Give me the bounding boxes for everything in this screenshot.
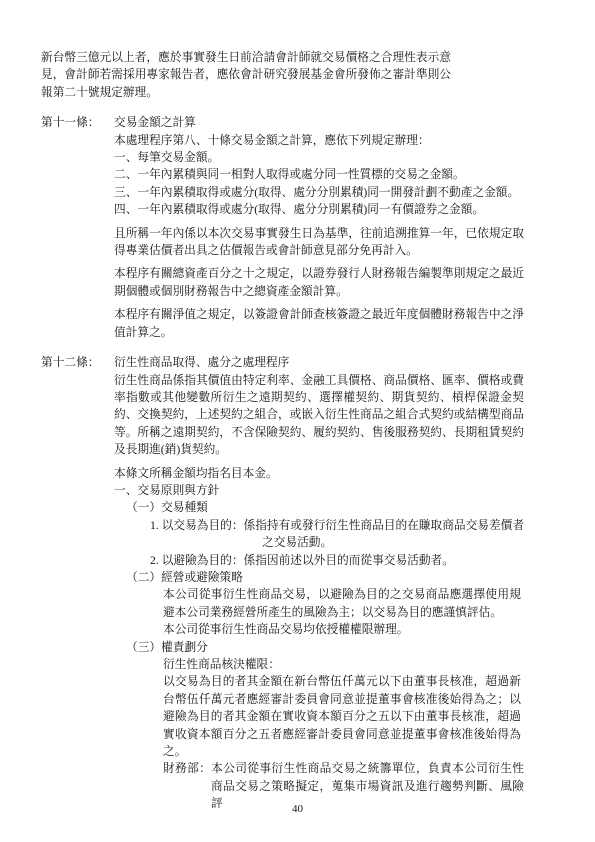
authority-subtitle: 衍生性商品核決權限： <box>163 656 521 673</box>
trade-types-item-1: 1. 以交易為目的：係指持有或發行衍生性商品目的在賺取商品交易差價者之交易活動。 <box>114 517 524 552</box>
article-11-paragraph-3: 本程序有關淨值之規定，以簽證會計師查核簽證之最近年度個體財務報告中之淨值計算之。 <box>114 306 524 341</box>
article-12-label: 第十二條： <box>41 354 99 371</box>
article-11: 第十一條： 交易金額之計算 本處理程序第八、十條交易金額之計算，應依下列規定辦理… <box>41 114 525 341</box>
article-11-paragraph-1: 且所稱一年內係以本次交易事實發生日為基準，往前追溯推算一年，已依規定取得專業估價… <box>114 225 524 260</box>
article-11-body: 交易金額之計算 本處理程序第八、十條交易金額之計算，應依下列規定辦理： 一、每筆… <box>114 114 524 341</box>
article-11-item-1: 一、每筆交易金額。 <box>114 149 524 166</box>
page-number: 40 <box>0 801 595 818</box>
article-12: 第十二條： 衍生性商品取得、處分之處理程序 衍生性商品係指其價值由特定利率、金融… <box>41 354 525 813</box>
principles-heading: 一、交易原則與方針 <box>114 482 524 499</box>
article-12-definition: 衍生性商品係指其價值由特定利率、金融工具價格、商品價格、匯率、價格或費率指數或其… <box>114 372 524 459</box>
article-12-body: 衍生性商品取得、處分之處理程序 衍生性商品係指其價值由特定利率、金融工具價格、商… <box>114 354 524 813</box>
article-11-item-4: 四、一年內累積取得或處分(取得、處分分別累積)同一有價證券之金額。 <box>114 201 524 218</box>
document-page: 新台幣三億元以上者，應於事實發生日前洽請會計師就交易價格之合理性表示意見，會計師… <box>0 0 595 842</box>
page-content: 新台幣三億元以上者，應於事實發生日前洽請會計師就交易價格之合理性表示意見，會計師… <box>41 49 525 813</box>
article-11-paragraph-2: 本程序有關總資產百分之十之規定，以證券發行人財務報告編製準則規定之最近期個體或個… <box>114 265 524 300</box>
strategy-paragraph-2: 本公司從事衍生性商品交易均依授權權限辦理。 <box>163 621 521 638</box>
article-11-label: 第十一條： <box>41 114 99 131</box>
article-12-title: 衍生性商品取得、處分之處理程序 <box>114 354 524 371</box>
trade-types-heading: （一）交易種類 <box>126 499 524 516</box>
authority-approval-paragraph: 以交易為目的者其金額在新台幣伍仟萬元以下由董事長核准，超過新台幣伍仟萬元者應經審… <box>163 673 521 760</box>
strategy-paragraph-1: 本公司從事衍生性商品交易，以避險為目的之交易商品應選擇使用規避本公司業務經營所產… <box>163 586 521 621</box>
article-11-intro: 本處理程序第八、十條交易金額之計算，應依下列規定辦理： <box>114 132 524 149</box>
article-11-item-2: 二、一年內累積與同一相對人取得或處分同一性質標的交易之金額。 <box>114 166 524 183</box>
article-11-item-3: 三、一年內累積取得或處分(取得、處分分別累積)同一開發計劃不動產之金額。 <box>114 184 524 201</box>
article-11-title: 交易金額之計算 <box>114 114 524 131</box>
trade-types-item-2: 2. 以避險為目的：係指因前述以外目的而從事交易活動者。 <box>114 552 524 569</box>
continuation-paragraph: 新台幣三億元以上者，應於事實發生日前洽請會計師就交易價格之合理性表示意見，會計師… <box>41 49 451 101</box>
article-12-note: 本條文所稱金額均指名目本金。 <box>114 465 524 482</box>
strategy-heading: （二）經營或避險策略 <box>126 569 524 586</box>
authority-heading: （三）權責劃分 <box>126 639 524 656</box>
